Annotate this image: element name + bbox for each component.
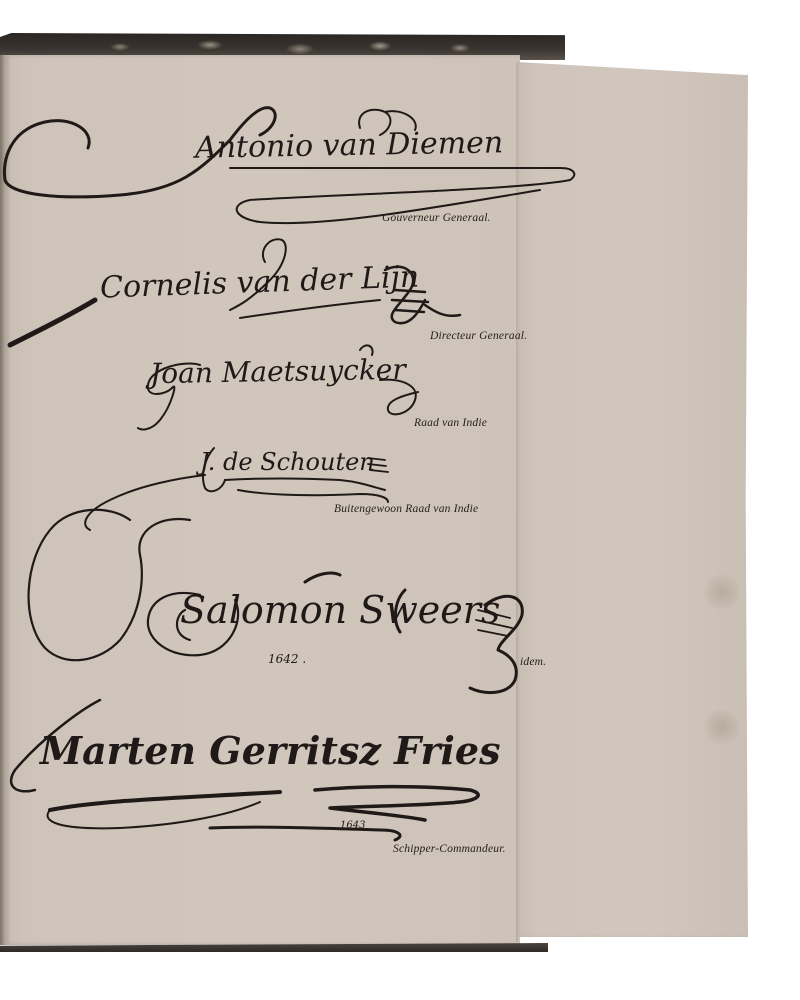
signature-year-fries: 1643	[340, 820, 365, 831]
signature-maetsuycker: Joan Maetsuycker	[150, 353, 406, 390]
caption-buitengewoon-raad-van-indie: Buitengewoon Raad van Indie	[334, 503, 478, 515]
signature-fries: Marten Gerritsz Fries	[40, 728, 501, 773]
signature-year-sweers: 1642 .	[268, 652, 306, 666]
book-photo: Antonio van Diemen Gouverneur Generaal. …	[0, 0, 800, 1000]
caption-raad-van-indie: Raad van Indie	[414, 417, 487, 429]
caption-gouverneur-generaal: Gouverneur Generaal.	[382, 212, 491, 224]
caption-idem: idem.	[520, 656, 546, 668]
signature-sweers: Salomon Sweers	[180, 588, 500, 632]
caption-schipper-commandeur: Schipper-Commandeur.	[393, 843, 506, 855]
signature-van-diemen: Antonio van Diemen	[195, 125, 504, 165]
caption-directeur-generaal: Directeur Generaal.	[430, 330, 527, 342]
signature-de-schouten: J. de Schouten	[200, 448, 375, 476]
